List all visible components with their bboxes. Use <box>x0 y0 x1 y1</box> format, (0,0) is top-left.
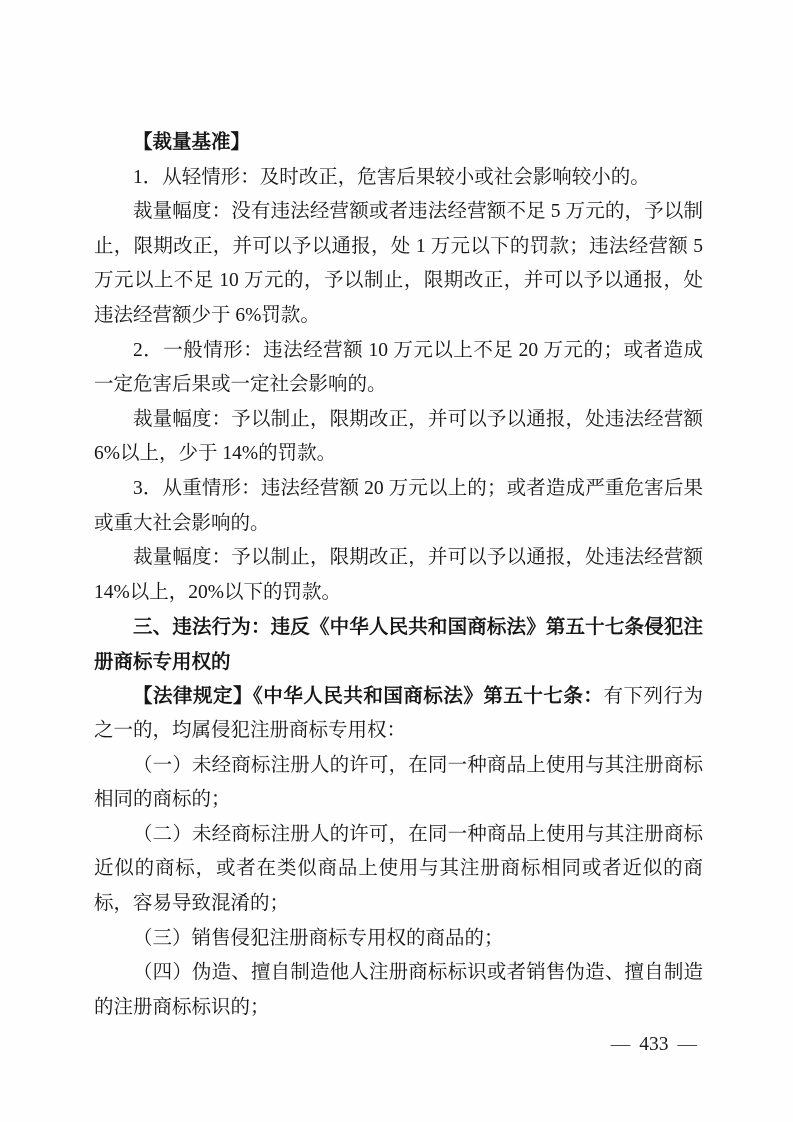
paragraph-item-four: （四）伪造、擅自制造他人注册商标标识或者销售伪造、擅自制造的注册商标标识的； <box>94 956 703 1025</box>
section-heading-violation-three: 三、违法行为：违反《中华人民共和国商标法》第五十七条侵犯注册商标专用权的 <box>94 610 703 679</box>
paragraph-lenient-range: 裁量幅度：没有违法经营额或者违法经营额不足 5 万元的，予以制止，限期改正，并可… <box>94 195 703 333</box>
paragraph-item-one: （一）未经商标注册人的许可，在同一种商品上使用与其注册商标相同的商标的； <box>94 749 703 818</box>
paragraph-severe-range: 裁量幅度：予以制止，限期改正，并可以予以通报，处违法经营额 14%以上，20%以… <box>94 541 703 610</box>
text-run: 裁量幅度：予以制止，限期改正，并可以予以通报，处违法经营额 14%以上，20%以… <box>94 547 703 603</box>
page-footer: — 433 — <box>611 1031 697 1059</box>
text-run: 2．一般情形：违法经营额 10 万元以上不足 20 万元的；或者造成一定危害后果… <box>94 340 703 396</box>
text-run: 裁量幅度：没有违法经营额或者违法经营额不足 5 万元的，予以制止，限期改正，并可… <box>94 201 703 326</box>
text-run: （三）销售侵犯注册商标专用权的商品的； <box>133 928 504 949</box>
footer-dash-right: — <box>678 1031 698 1059</box>
text-run: 3．从重情形：违法经营额 20 万元以上的；或者造成严重危害后果或重大社会影响的… <box>94 478 703 534</box>
text-run: （四）伪造、擅自制造他人注册商标标识或者销售伪造、擅自制造的注册商标标识的； <box>94 962 703 1018</box>
bold-text-run: 【法律规定】《中华人民共和国商标法》第五十七条： <box>133 686 603 707</box>
text-run: 1．从轻情形：及时改正，危害后果较小或社会影响较小的。 <box>133 167 650 188</box>
paragraph-general-case: 2．一般情形：违法经营额 10 万元以上不足 20 万元的；或者造成一定危害后果… <box>94 334 703 403</box>
document-body: 【裁量基准】1．从轻情形：及时改正，危害后果较小或社会影响较小的。裁量幅度：没有… <box>94 126 703 1025</box>
bold-text-run: 三、违法行为：违反《中华人民共和国商标法》第五十七条侵犯注册商标专用权的 <box>94 616 703 673</box>
paragraph-lenient-case: 1．从轻情形：及时改正，危害后果较小或社会影响较小的。 <box>94 161 703 196</box>
text-run: （二）未经商标注册人的许可，在同一种商品上使用与其注册商标近似的商标，或者在类似… <box>94 824 703 914</box>
text-run: （一）未经商标注册人的许可，在同一种商品上使用与其注册商标相同的商标的； <box>94 755 703 811</box>
paragraph-severe-case: 3．从重情形：违法经营额 20 万元以上的；或者造成严重危害后果或重大社会影响的… <box>94 472 703 541</box>
section-heading-discretion-benchmark: 【裁量基准】 <box>94 126 703 161</box>
paragraph-general-range: 裁量幅度：予以制止，限期改正，并可以予以通报，处违法经营额 6%以上，少于 14… <box>94 403 703 472</box>
paragraph-item-two: （二）未经商标注册人的许可，在同一种商品上使用与其注册商标近似的商标，或者在类似… <box>94 818 703 922</box>
footer-dash-left: — <box>611 1031 631 1059</box>
document-page: 【裁量基准】1．从轻情形：及时改正，危害后果较小或社会影响较小的。裁量幅度：没有… <box>0 0 793 1122</box>
text-run: 裁量幅度：予以制止，限期改正，并可以予以通报，处违法经营额 6%以上，少于 14… <box>94 409 703 465</box>
bold-text-run: 【裁量基准】 <box>133 132 250 153</box>
page-number: 433 <box>639 1031 668 1059</box>
paragraph-legal-provision: 【法律规定】《中华人民共和国商标法》第五十七条：有下列行为之一的，均属侵犯注册商… <box>94 680 703 749</box>
paragraph-item-three: （三）销售侵犯注册商标专用权的商品的； <box>94 922 703 957</box>
